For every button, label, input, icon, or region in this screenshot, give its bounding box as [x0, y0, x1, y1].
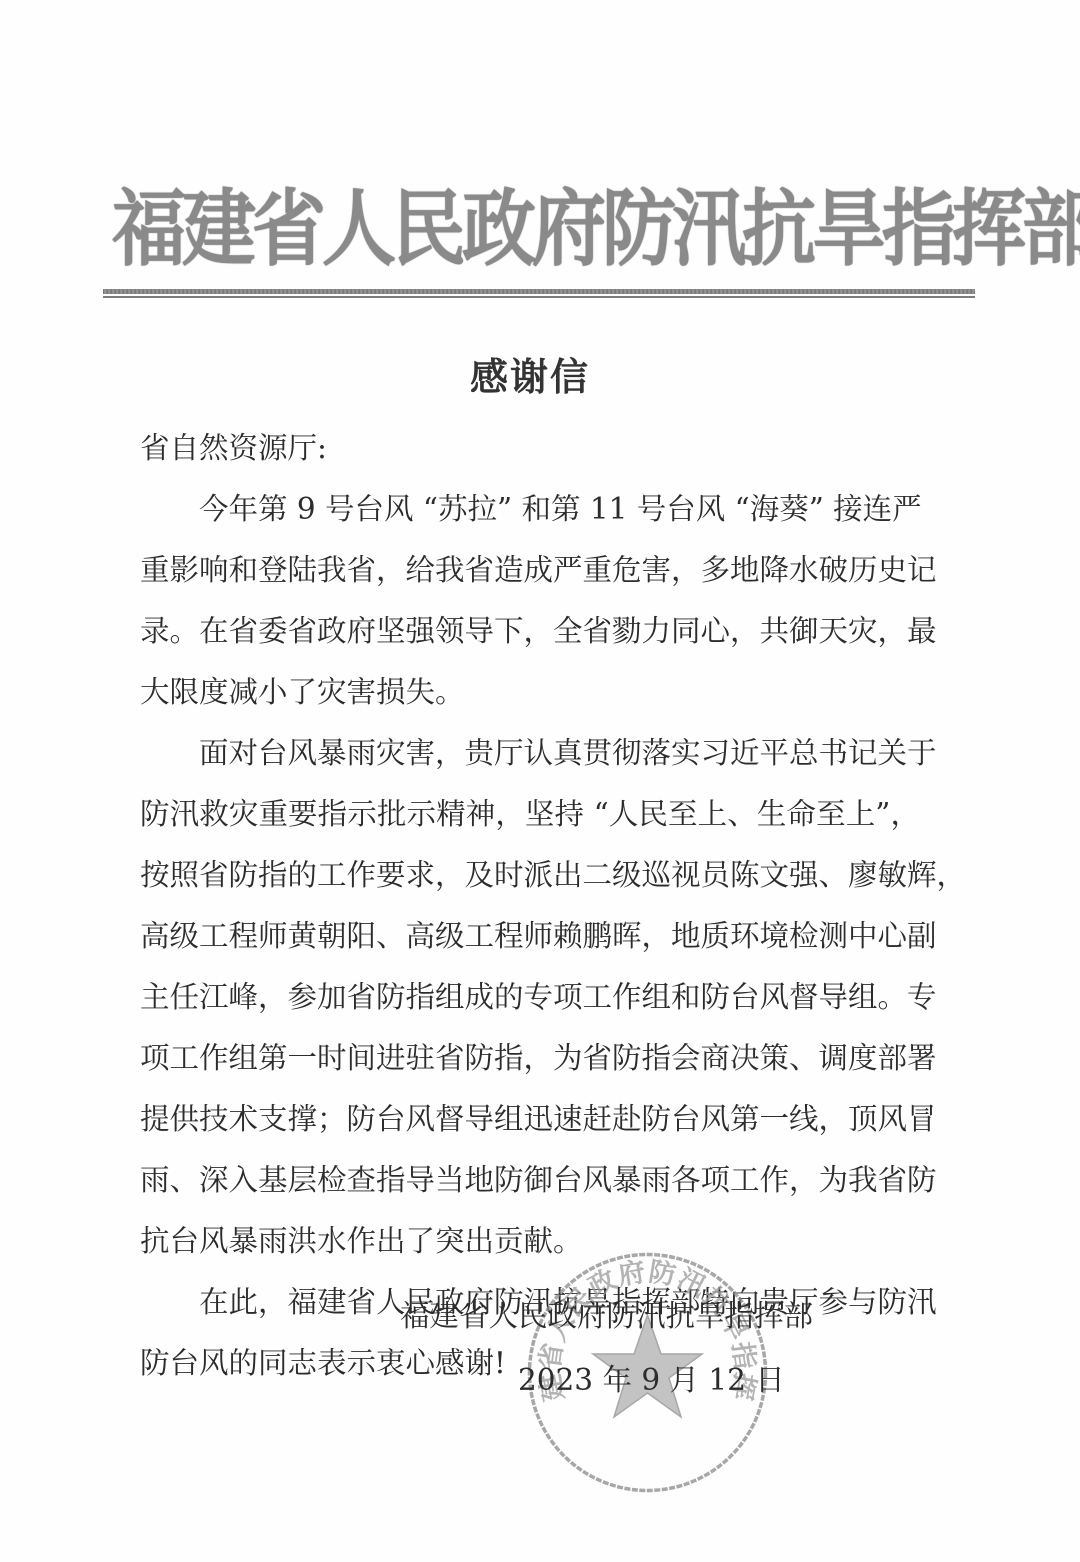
- letterhead-char: 部: [1022, 164, 1080, 283]
- letterhead-char: 府: [532, 164, 602, 283]
- letterhead-char: 旱: [812, 164, 882, 283]
- paragraph-2: 面对台风暴雨灾害，贵厅认真贯彻落实习近平总书记关于 防汛救灾重要指示批示精神，坚…: [140, 723, 920, 1272]
- text-line: 大限度减小了灾害损失。: [140, 662, 920, 723]
- document-title: 感谢信: [0, 346, 1060, 401]
- text-line: 高级工程师黄朝阳、高级工程师赖鹏晖，地质环境检测中心副: [140, 906, 920, 967]
- salutation: 省自然资源厅:: [140, 418, 920, 479]
- signature-date: 2023 年 9 月 12 日: [518, 1350, 785, 1411]
- letterhead-char: 人: [322, 164, 392, 283]
- letterhead-char: 福: [112, 164, 182, 283]
- text-line: 按照省防指的工作要求，及时派出二级巡视员陈文强、廖敏辉，: [140, 845, 920, 906]
- signature-org: 福建省人民政府防汛抗旱指挥部: [400, 1286, 813, 1347]
- letterhead-char: 挥: [952, 164, 1022, 283]
- letterhead-char: 省: [252, 164, 322, 283]
- text-line: 雨、深入基层检查指导当地防御台风暴雨各项工作，为我省防: [140, 1150, 920, 1211]
- text-line: 项工作组第一时间进驻省防指，为省防指会商决策、调度部署: [140, 1028, 920, 1089]
- letterhead-char: 民: [392, 164, 462, 283]
- letterhead-rule-thin: [103, 296, 975, 298]
- text-line: 重影响和登陆我省，给我省造成严重危害，多地降水破历史记: [140, 540, 920, 601]
- text-line: 提供技术支撑；防台风督导组迅速赶赴防台风第一线，顶风冒: [140, 1089, 920, 1150]
- letterhead-char: 指: [882, 164, 952, 283]
- text-line: 主任江峰，参加省防指组成的专项工作组和防台风督导组。专: [140, 967, 920, 1028]
- letterhead-char: 政: [462, 164, 532, 283]
- text-line: 防汛救灾重要指示批示精神，坚持 “人民至上、生命至上”，: [140, 784, 920, 845]
- letterhead-rule-thick: [103, 289, 975, 294]
- paragraph-1: 今年第 9 号台风 “苏拉” 和第 11 号台风 “海葵” 接连严 重影响和登陆…: [140, 479, 920, 723]
- letterhead-char: 建: [182, 164, 252, 283]
- letter-body: 省自然资源厅: 今年第 9 号台风 “苏拉” 和第 11 号台风 “海葵” 接连…: [140, 418, 920, 1394]
- text-line: 面对台风暴雨灾害，贵厅认真贯彻落实习近平总书记关于: [140, 723, 920, 784]
- letterhead-char: 汛: [672, 164, 742, 283]
- document-page: 福 建 省 人 民 政 府 防 汛 抗 旱 指 挥 部 感谢信 省自然资源厅: …: [0, 0, 1080, 1562]
- text-line: 录。在省委省政府坚强领导下，全省勠力同心，共御天灾，最: [140, 601, 920, 662]
- text-line: 今年第 9 号台风 “苏拉” 和第 11 号台风 “海葵” 接连严: [140, 479, 920, 540]
- letterhead-char: 抗: [742, 164, 812, 283]
- letterhead-char: 防: [602, 164, 672, 283]
- letterhead-org-name: 福 建 省 人 民 政 府 防 汛 抗 旱 指 挥 部: [112, 161, 962, 284]
